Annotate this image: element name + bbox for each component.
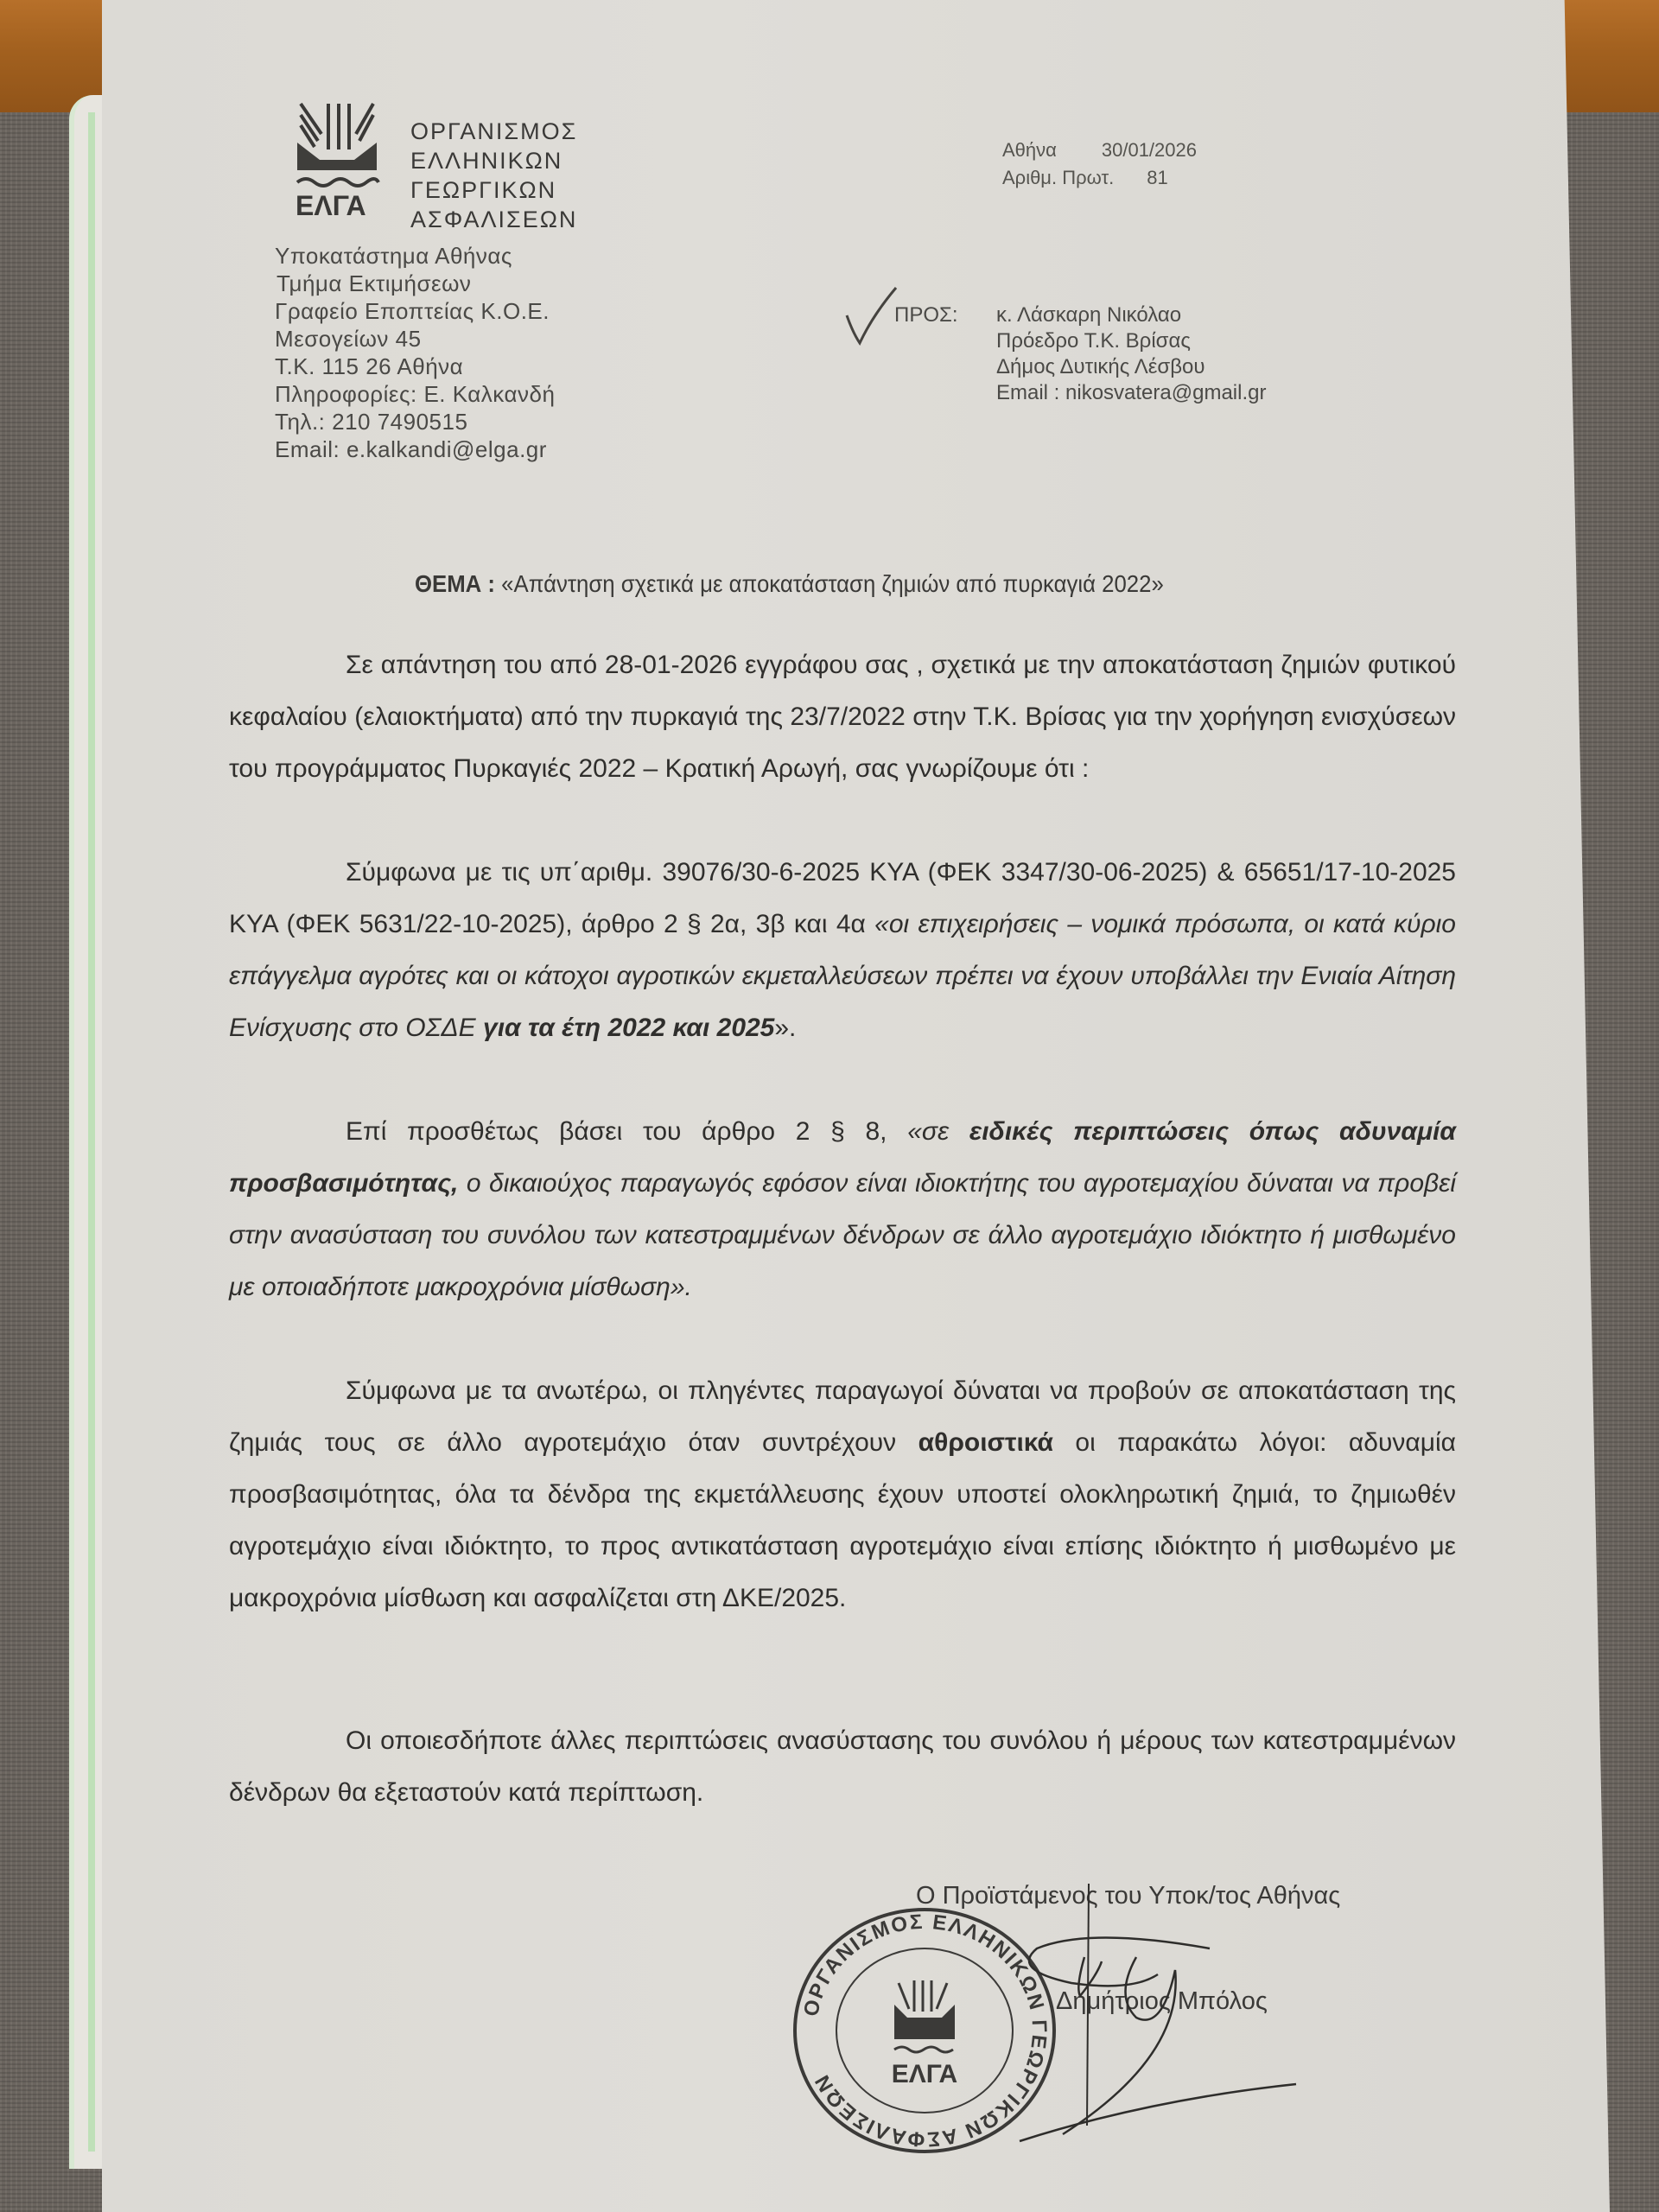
elga-logo-icon: ΕΛΓΑ [294, 99, 380, 220]
paragraph-intro: Σε απάντηση του από 28-01-2026 εγγράφου … [229, 639, 1456, 795]
sender-phone: Τηλ.: 210 7490515 [275, 408, 555, 435]
recipient-name: κ. Λάσκαρη Νικόλαο [996, 302, 1266, 328]
sender-email: Email: e.kalkandi@elga.gr [275, 435, 555, 463]
paragraph-special-cases: Επί προσθέτως βάσει του άρθρο 2 § 8, «σε… [229, 1106, 1456, 1313]
recipient-email: Email : nikosvatera@gmail.gr [996, 380, 1266, 406]
protocol-number: 81 [1147, 164, 1167, 192]
document-meta: Αθήνα30/01/2026 Αριθμ. Πρωτ.81 [1002, 137, 1197, 192]
subject-line: ΘΕΜΑ : «Απάντηση σχετικά με αποκατάσταση… [415, 570, 1369, 598]
organization-name: ΟΡΓΑΝΙΣΜΟΣ ΕΛΛΗΝΙΚΩΝ ΓΕΩΡΓΙΚΩΝ ΑΣΦΑΛΙΣΕΩ… [410, 117, 635, 234]
sender-contact-person: Πληροφορίες: Ε. Καλκανδή [275, 380, 555, 408]
handwritten-signature-icon [933, 1866, 1382, 2143]
legal-basis-years: για τα έτη 2022 και 2025 [483, 1014, 774, 1042]
svg-text:ΕΛΓΑ: ΕΛΓΑ [296, 190, 366, 220]
sender-street: Μεσογείων 45 [275, 325, 555, 353]
recipient-label: ΠΡΟΣ: [894, 302, 958, 328]
sender-department: Τμήμα Εκτιμήσεων [276, 270, 555, 297]
paragraph-conditions: Σύμφωνα με τα ανωτέρω, οι πληγέντες παρα… [229, 1365, 1456, 1624]
document-date: 30/01/2026 [1102, 137, 1197, 164]
special-cases-text: Επί προσθέτως βάσει του άρθρο 2 § 8, [346, 1117, 907, 1146]
date-row: Αθήνα30/01/2026 [1002, 137, 1197, 164]
paragraph-legal-basis: Σύμφωνα με τις υπ΄αριθμ. 39076/30-6-2025… [229, 847, 1456, 1054]
protocol-row: Αριθμ. Πρωτ.81 [1002, 164, 1197, 192]
place-label: Αθήνα [1002, 139, 1057, 161]
sender-branch: Υποκατάστημα Αθήνας [275, 242, 555, 270]
legal-basis-end: ». [774, 1014, 796, 1042]
subject-label: ΘΕΜΑ : [415, 570, 495, 597]
sender-address-block: Υποκατάστημα Αθήνας Τμήμα Εκτιμήσεων Γρα… [275, 242, 555, 463]
org-name-line: ΟΡΓΑΝΙΣΜΟΣ [410, 117, 635, 146]
sender-office: Γραφείο Εποπτείας Κ.Ο.Ε. [275, 297, 555, 325]
conditions-emphasis: αθροιστικά [918, 1428, 1053, 1457]
recipient-municipality: Δήμος Δυτικής Λέσβου [996, 354, 1266, 380]
subject-text: «Απάντηση σχετικά με αποκατάσταση ζημιών… [501, 570, 1164, 597]
org-name-line: ΑΣΦΑΛΙΣΕΩΝ [410, 205, 635, 234]
sender-postcode-city: Τ.Κ. 115 26 Αθήνα [275, 353, 555, 380]
folder-green-edge [88, 112, 95, 2152]
protocol-label: Αριθμ. Πρωτ. [1002, 167, 1114, 188]
paragraph-other-cases: Οι οποιεσδήποτε άλλες περιπτώσεις ανασύσ… [229, 1715, 1456, 1819]
recipient-title: Πρόεδρο Τ.Κ. Βρίσας [996, 328, 1266, 354]
org-name-line: ΕΛΛΗΝΙΚΩΝ [410, 146, 635, 175]
org-name-line: ΓΕΩΡΓΙΚΩΝ [410, 175, 635, 205]
special-cases-quote-start: «σε [907, 1117, 969, 1146]
